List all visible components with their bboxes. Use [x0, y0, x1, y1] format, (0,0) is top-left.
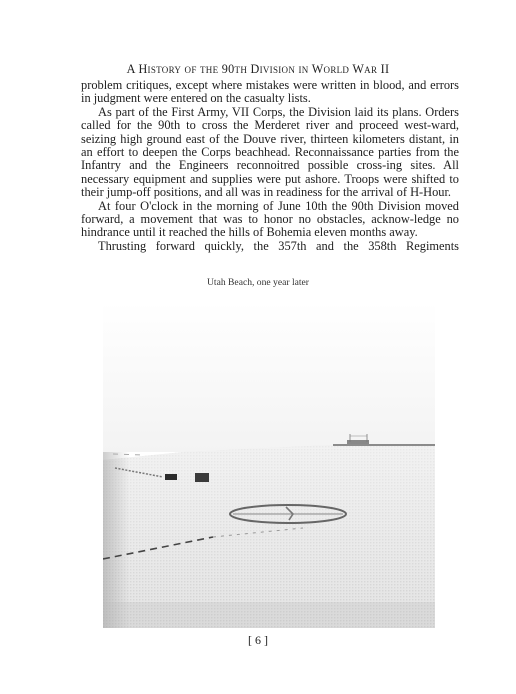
- paragraph: problem critiques, except where mistakes…: [81, 79, 459, 106]
- paragraph: At four O'clock in the morning of June 1…: [81, 200, 459, 240]
- photo-caption: Utah Beach, one year later: [0, 277, 516, 288]
- paragraph: As part of the First Army, VII Corps, th…: [81, 106, 459, 200]
- running-head: A History of the 90th Division in World …: [0, 62, 516, 77]
- paragraph: Thrusting forward quickly, the 357th and…: [81, 240, 459, 253]
- beach-photo: [103, 302, 435, 628]
- body-text: problem critiques, except where mistakes…: [81, 79, 459, 253]
- page-number: [ 6 ]: [0, 633, 516, 648]
